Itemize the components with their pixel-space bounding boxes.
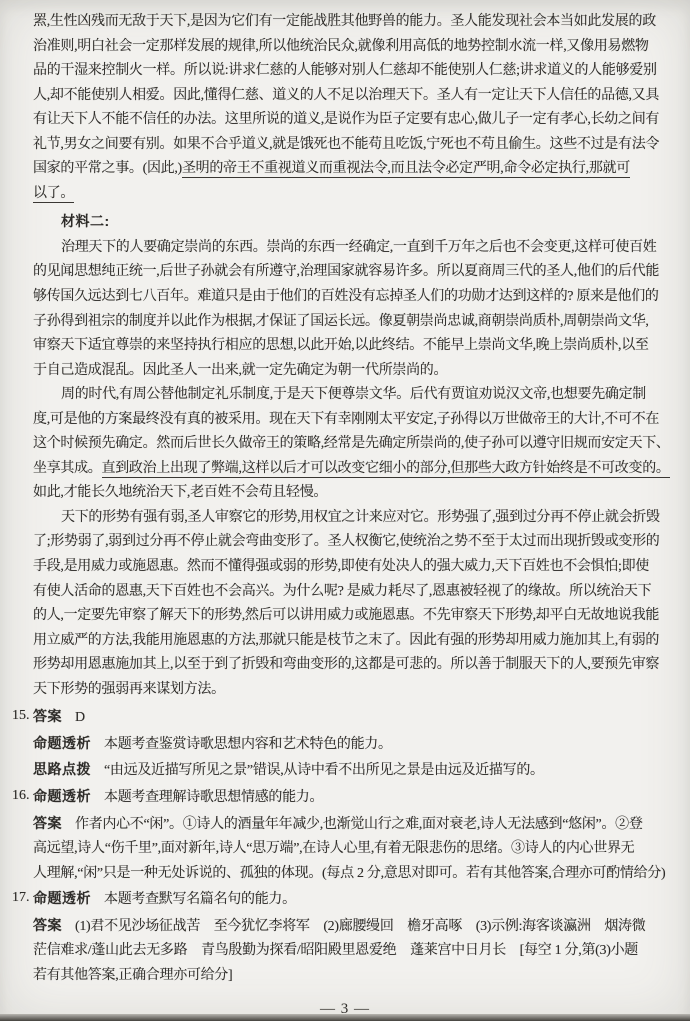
row-text: 若有其他答案,正确合理亦可给分] [33,968,232,983]
text-segment: 天下的形势有强有弱,圣人审察它的形势,用权宜之计来应对它。形势强了,强到过分再不… [61,510,660,525]
row-text: 本题考查鉴赏诗歌思想内容和艺术特色的能力。 [104,737,392,752]
row-text: 茫信难求/蓬山此去无多路 青鸟殷勤为探看/昭阳殿里恩爱绝 蓬莱宫中日月长 [每空… [33,943,638,958]
answer-row: 人理解,“闲”只是一种无处诉说的、孤独的体现。(每点 2 分,意思对即可。若有其… [33,862,686,887]
row-label: 答案 [33,708,62,724]
row-text: 高远望,诗人“伤千里”,面对新年,诗人“思万端”,在诗人心里,有着无限悲伤的思绪… [33,841,634,856]
item-number: 16. [12,784,30,809]
text-segment: 了;形势弱了,弱到过分再不停止就会弯曲变形了。圣人权衡它,使统治之势不至于太过而… [33,534,660,549]
text-segment: 有使人活命的恩惠,天下百姓也不会高兴。为什么呢? 是威力耗尽了,恩惠被轻视了的缘… [33,584,651,599]
text-line: 于自己造成混乱。因此圣人一出来,就一定先确定为朝一代所崇尚的。 [33,359,686,384]
row-label: 思路点拨 [33,761,91,777]
answer-row: 思路点拨“由远及近描写所见之景”错误,从诗中看不出所见之景是由远及近描写的。 [33,757,686,784]
row-text: “由远及近描写所见之景”错误,从诗中看不出所见之景是由远及近描写的。 [104,763,544,778]
text-line: 礼节,男女之间要有别。如果不合乎道义,就是饿死也不能苟且吃饭,宁死也不苟且偷生。… [33,133,686,158]
row-text: D [75,710,85,725]
text-segment: 人,却不能使别人相爱。因此,懂得仁慈、道义的人不足以治理天下。圣人有一定让天下人… [33,88,659,103]
text-line: 周的时代,有周公替他制定礼乐制度,于是天下便尊崇文华。后代有贾谊劝说汉文帝,也想… [33,383,686,408]
row-text: 作者内心不“闲”。①诗人的酒量年年减少,也渐觉山行之难,面对衰老,诗人无法感到“… [75,817,643,832]
answer-row: 若有其他答案,正确合理亦可给分] [33,964,686,989]
text-segment: 这个时候预先确定。然而后世长久做帝王的策略,经常是先确定所崇尚的,使子孙可以遵守… [33,436,670,451]
row-label: 命题透析 [33,788,91,804]
text-line: 够传国久远达到七八百年。难道只是由于他们的百姓没有忘掉圣人们的功勋才达到这样的?… [33,285,686,310]
text-line: 的人,一定要先审察了解天下的形势,然后可以讲用威力或施恩惠。不先审察天下形势,却… [33,604,686,629]
answer-item-17: 17.命题透析本题考查默写名篇名句的能力。 答案(1)君不见沙场征战苦 至今犹忆… [33,886,686,988]
text-segment: 罴,生性凶残而无敌于天下,是因为它们有一定能战胜其他野兽的能力。圣人能发现社会本… [33,14,656,29]
text-segment: 周的时代,有周公替他制定礼乐制度,于是天下便尊崇文华。后代有贾谊劝说汉文帝,也想… [61,387,646,402]
text-line: 手段,是用威力或施恩惠。然而不懂得强或弱的形势,即使有处决人的强大威力,天下百姓… [33,555,686,580]
text-segment: 手段,是用威力或施恩惠。然而不懂得强或弱的形势,即使有处决人的强大威力,天下百姓… [33,559,649,574]
text-segment: 形势却用恩惠施加其上,以至于到了折毁和弯曲变形的,这都是可悲的。所以善于制服天下… [33,657,659,672]
material-two: 材料二: 治理天下的人要确定崇尚的东西。崇尚的东西一经确定,一直到千万年之后也不… [33,209,686,702]
text-segment: 的见闻思想纯正统一,后世子孙就会有所遵守,治理国家就容易许多。所以夏商周三代的圣… [33,264,659,279]
underlined-text-segment: 以了。 [33,186,74,203]
underlined-text-segment: 直到政治上出现了弊端,这样以后才可以改变它细小的部分,但那些大政方针始终是不可改… [102,461,670,478]
material-two-heading: 材料二: [33,209,686,236]
row-text: 本题考查默写名篇名句的能力。 [104,892,296,907]
item-number: 15. [12,704,30,729]
answer-item-16: 16.命题透析本题考查理解诗歌思想情感的能力。 答案作者内心不“闲”。①诗人的酒… [33,784,686,886]
text-segment: 的人,一定要先审察了解天下的形势,然后可以讲用威力或施恩惠。不先审察天下形势,却… [33,608,659,623]
text-segment: 审察天下适宜尊崇的来坚持执行相应的思想,以此开始,以此终结。不能早上崇尚文华,晚… [33,338,649,353]
text-line: 了;形势弱了,弱到过分再不停止就会弯曲变形了。圣人权衡它,使统治之势不至于太过而… [33,530,686,555]
text-segment: 坐享其成。 [33,461,102,476]
text-line: 度,可是他的方案最终没有真的被采用。现在天下有幸刚刚太平安定,子孙得以万世做帝王… [33,408,686,433]
answer-row: 高远望,诗人“伤千里”,面对新年,诗人“思万端”,在诗人心里,有着无限悲伤的思绪… [33,837,686,862]
answer-item-15: 15.答案D 命题透析本题考查鉴赏诗歌思想内容和艺术特色的能力。 思路点拨“由远… [33,704,686,784]
answer-row: 答案(1)君不见沙场征战苦 至今犹忆李将军 (2)廊腰缦回 檐牙高啄 (3)示例… [33,913,686,940]
scanned-answer-page: 罴,生性凶残而无敌于天下,是因为它们有一定能战胜其他野兽的能力。圣人能发现社会本… [0,0,690,1021]
text-line: 天下的形势有强有弱,圣人审察它的形势,用权宜之计来应对它。形势强了,强到过分再不… [33,506,686,531]
text-line: 治准则,明白社会一定那样发展的规律,所以他统治民众,就像利用高低的地势控制水流一… [33,35,686,60]
text-segment: 于自己造成混乱。因此圣人一出来,就一定先确定为朝一代所崇尚的。 [33,363,447,378]
row-label: 命题透析 [33,735,91,751]
text-line: 审察天下适宜尊崇的来坚持执行相应的思想,以此开始,以此终结。不能早上崇尚文华,晚… [33,334,686,359]
text-segment: 够传国久远达到七八百年。难道只是由于他们的百姓没有忘掉圣人们的功勋才达到这样的?… [33,289,659,304]
answer-row: 16.命题透析本题考查理解诗歌思想情感的能力。 [33,784,686,811]
row-label: 答案 [33,815,62,831]
text-line: 形势却用恩惠施加其上,以至于到了折毁和弯曲变形的,这都是可悲的。所以善于制服天下… [33,653,686,678]
text-line: 的见闻思想纯正统一,后世子孙就会有所遵守,治理国家就容易许多。所以夏商周三代的圣… [33,260,686,285]
text-segment: 用立威严的方法,我能用施恩惠的方法,那就只能是枝节之末了。因此有强的形势却用威力… [33,633,659,648]
item-number: 17. [12,886,30,911]
text-segment: 礼节,男女之间要有别。如果不合乎道义,就是饿死也不能苟且吃饭,宁死也不苟且偷生。… [33,137,659,152]
text-line: 坐享其成。直到政治上出现了弊端,这样以后才可以改变它细小的部分,但那些大政方针始… [33,457,686,482]
answer-row: 命题透析本题考查鉴赏诗歌思想内容和艺术特色的能力。 [33,731,686,758]
answer-row: 17.命题透析本题考查默写名篇名句的能力。 [33,886,686,913]
text-segment: 如此,才能长久地统治天下,老百姓不会苟且轻慢。 [33,485,327,500]
underlined-text-segment: 圣明的帝王不重视道义而重视法令,而且法令必定严明,命令必定执行,那就可 [182,161,630,178]
text-segment: 有让天下人不能不信任的办法。这里所说的道义,是说作为臣子定要有忠心,做儿子一定有… [33,112,659,127]
text-line: 有使人活命的恩惠,天下百姓也不会高兴。为什么呢? 是威力耗尽了,恩惠被轻视了的缘… [33,580,686,605]
text-segment: 治准则,明白社会一定那样发展的规律,所以他统治民众,就像利用高低的地势控制水流一… [33,39,649,54]
text-line: 天下形势的强弱再来谋划方法。 [33,678,686,703]
text-line: 以了。 [33,182,686,207]
text-line: 这个时候预先确定。然而后世长久做帝王的策略,经常是先确定所崇尚的,使子孙可以遵守… [33,432,686,457]
text-segment: 度,可是他的方案最终没有真的被采用。现在天下有幸刚刚太平安定,子孙得以万世做帝王… [33,412,659,427]
text-line: 治理天下的人要确定崇尚的东西。崇尚的东西一经确定,一直到千万年之后也不会变更,这… [33,236,686,261]
text-line: 用立威严的方法,我能用施恩惠的方法,那就只能是枝节之末了。因此有强的形势却用威力… [33,629,686,654]
row-label: 答案 [33,917,62,933]
text-segment: 子孙得到祖宗的制度并以此作为根据,才保证了国运长远。像夏朝崇尚忠诚,商朝崇尚质朴… [33,314,649,329]
answer-row: 15.答案D [33,704,686,731]
page-content: 罴,生性凶残而无敌于天下,是因为它们有一定能战胜其他野兽的能力。圣人能发现社会本… [0,0,690,988]
answer-row: 答案作者内心不“闲”。①诗人的酒量年年减少,也渐觉山行之难,面对衰老,诗人无法感… [33,811,686,838]
row-text: (1)君不见沙场征战苦 至今犹忆李将军 (2)廊腰缦回 檐牙高啄 (3)示例:海… [75,919,645,934]
text-line: 品的干湿来控制火一样。所以说:讲求仁慈的人能够对别人仁慈却不能使别人仁慈;讲求道… [33,59,686,84]
text-segment: 天下形势的强弱再来谋划方法。 [33,682,225,697]
text-line: 有让天下人不能不信任的办法。这里所说的道义,是说作为臣子定要有忠心,做儿子一定有… [33,108,686,133]
material-one-translation: 罴,生性凶残而无敌于天下,是因为它们有一定能战胜其他野兽的能力。圣人能发现社会本… [33,10,686,206]
answer-row: 茫信难求/蓬山此去无多路 青鸟殷勤为探看/昭阳殿里恩爱绝 蓬莱宫中日月长 [每空… [33,939,686,964]
row-label: 命题透析 [33,890,91,906]
text-segment: 国家的平常之事。(因此,) [33,161,182,176]
heading-label: 材料二: [61,213,110,229]
text-segment: 治理天下的人要确定崇尚的东西。崇尚的东西一经确定,一直到千万年之后也不会变更,这… [61,240,657,255]
answer-items: 15.答案D 命题透析本题考查鉴赏诗歌思想内容和艺术特色的能力。 思路点拨“由远… [33,704,686,988]
row-text: 本题考查理解诗歌思想情感的能力。 [104,790,323,805]
scan-bottom-edge-shadow [0,1014,690,1021]
row-text: 人理解,“闲”只是一种无处诉说的、孤独的体现。(每点 2 分,意思对即可。若有其… [33,866,665,881]
text-line: 子孙得到祖宗的制度并以此作为根据,才保证了国运长远。像夏朝崇尚忠诚,商朝崇尚质朴… [33,310,686,335]
text-line: 罴,生性凶残而无敌于天下,是因为它们有一定能战胜其他野兽的能力。圣人能发现社会本… [33,10,686,35]
text-segment: 品的干湿来控制火一样。所以说:讲求仁慈的人能够对别人仁慈却不能使别人仁慈;讲求道… [33,63,657,78]
text-line: 国家的平常之事。(因此,)圣明的帝王不重视道义而重视法令,而且法令必定严明,命令… [33,157,686,182]
text-line: 如此,才能长久地统治天下,老百姓不会苟且轻慢。 [33,481,686,506]
text-line: 人,却不能使别人相爱。因此,懂得仁慈、道义的人不足以治理天下。圣人有一定让天下人… [33,84,686,109]
